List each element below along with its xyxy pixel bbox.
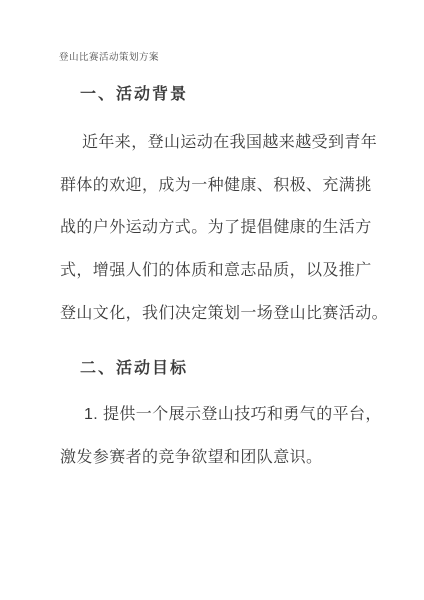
list-item-line: 1. 提供一个展示登山技巧和勇气的平台， — [84, 401, 382, 424]
document-page: 登山比赛活动策划方案 一、活动背景 近年来，登山运动在我国越来越受到青年 群体的… — [0, 0, 424, 600]
paragraph-line: 登山文化，我们决定策划一场登山比赛活动。 — [60, 300, 388, 323]
section-heading-goals: 二、活动目标 — [80, 355, 188, 378]
paragraph-line: 式，增强人们的体质和意志品质，以及推广 — [60, 257, 372, 280]
paragraph-line: 战的户外运动方式。为了提倡健康的生活方 — [60, 214, 372, 237]
paragraph-line: 近年来，登山运动在我国越来越受到青年 — [82, 129, 377, 152]
list-item-line: 激发参赛者的竞争欲望和团队意识。 — [60, 444, 322, 467]
section-heading-background: 一、活动背景 — [80, 81, 188, 104]
document-header-title: 登山比赛活动策划方案 — [59, 49, 159, 63]
paragraph-line: 群体的欢迎，成为一种健康、积极、充满挑 — [60, 172, 372, 195]
